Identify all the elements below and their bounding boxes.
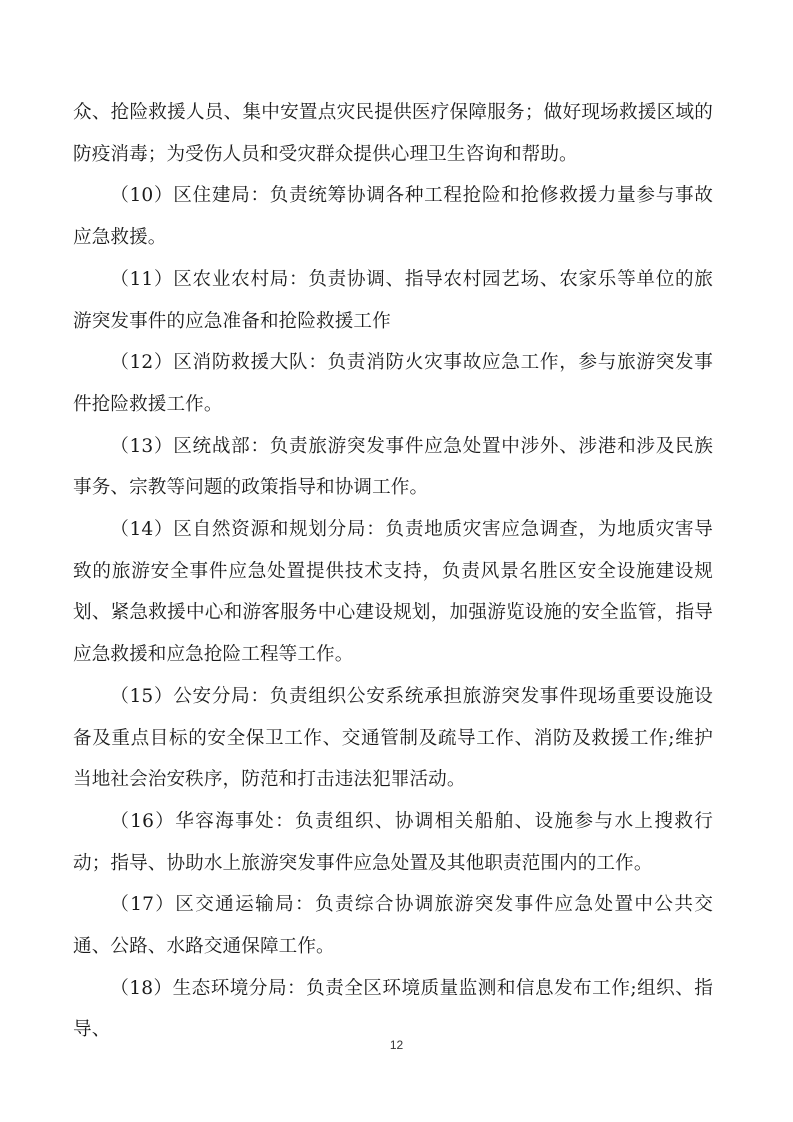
paragraph-item-11-agriculture-bureau: （11）区农业农村局：负责协调、指导农村园艺场、农家乐等单位的旅游突发事件的应急… (73, 259, 713, 342)
paragraph-item-17-transport: （17）区交通运输局：负责综合协调旅游突发事件应急处置中公共交通、公路、水路交通… (73, 884, 713, 967)
paragraph-item-12-fire-rescue: （12）区消防救援大队：负责消防火灾事故应急工作，参与旅游突发事件抢险救援工作。 (73, 342, 713, 425)
paragraph-continuation-health: 众、抢险救援人员、集中安置点灾民提供医疗保障服务；做好现场救援区域的防疫消毒；为… (73, 92, 713, 175)
paragraph-item-14-natural-resources: （14）区自然资源和规划分局：负责地质灾害应急调查，为地质灾害导致的旅游安全事件… (73, 509, 713, 676)
document-body: 众、抢险救援人员、集中安置点灾民提供医疗保障服务；做好现场救援区域的防疫消毒；为… (73, 92, 713, 1051)
paragraph-item-15-public-security: （15）公安分局：负责组织公安系统承担旅游突发事件现场重要设施设备及重点目标的安… (73, 676, 713, 801)
paragraph-item-16-maritime: （16）华容海事处：负责组织、协调相关船舶、设施参与水上搜救行动；指导、协助水上… (73, 801, 713, 884)
page-number: 12 (0, 1038, 793, 1052)
paragraph-item-13-united-front: （13）区统战部：负责旅游突发事件应急处置中涉外、涉港和涉及民族事务、宗教等问题… (73, 426, 713, 509)
paragraph-item-10-housing-bureau: （10）区住建局：负责统筹协调各种工程抢险和抢修救援力量参与事故应急救援。 (73, 175, 713, 258)
